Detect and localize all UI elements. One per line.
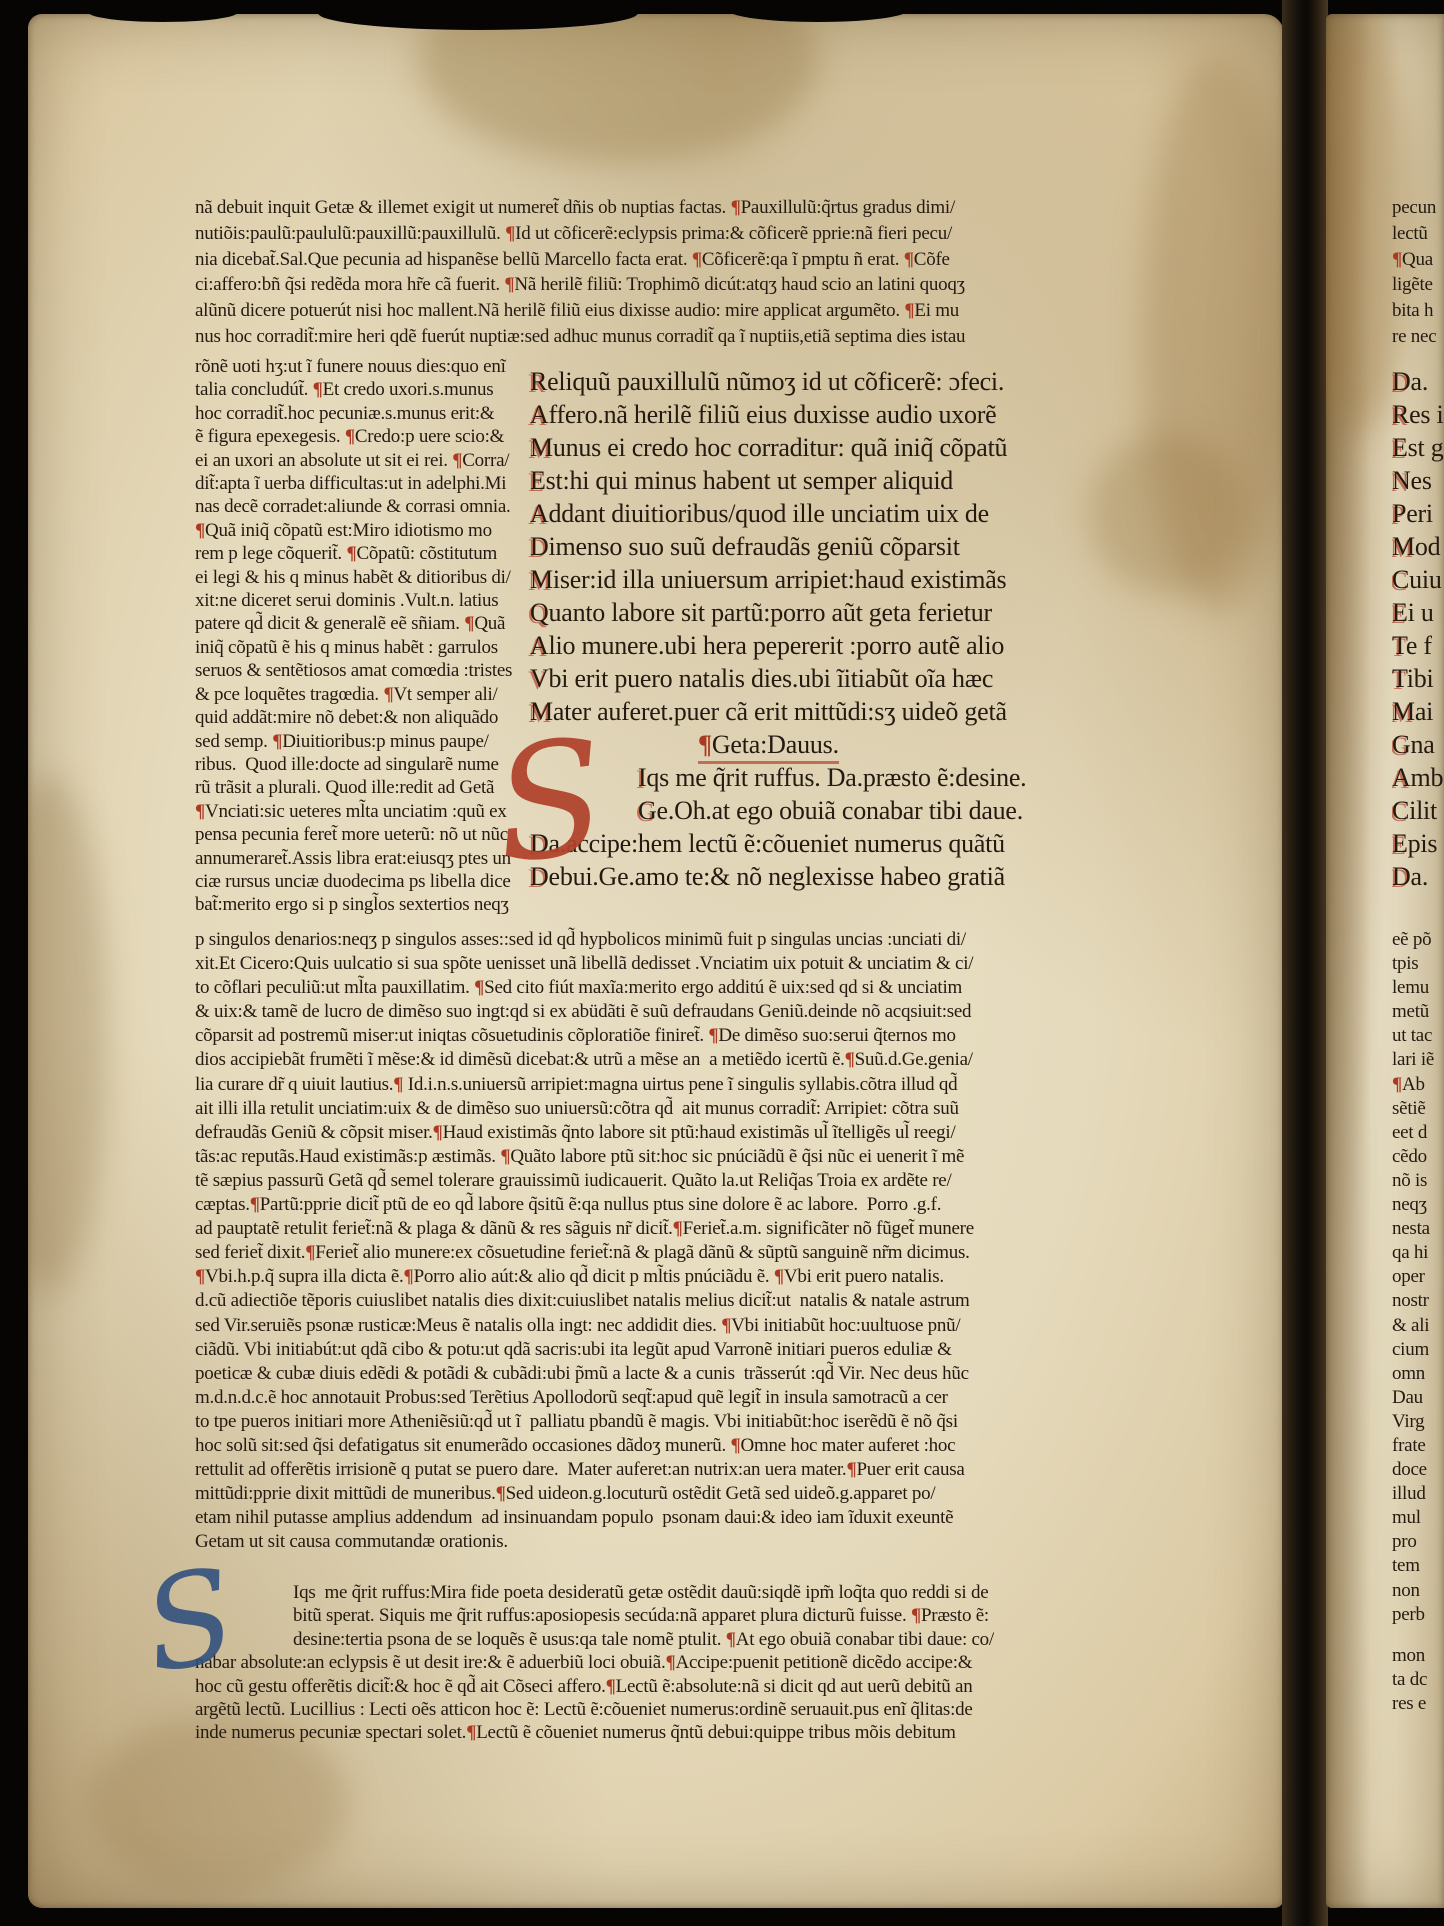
right-fragment-commentary: eẽ põtpislemumetũut taclari iẽ¶Absẽtiẽee… <box>1392 928 1444 1627</box>
text-line: lectũ <box>1392 221 1444 247</box>
right-fragment-verse: Da.Res iEst gNesPeriModCuiuEi uTe fTibiM… <box>1392 365 1444 893</box>
pilcrow-mark: ¶ <box>464 613 474 634</box>
text-line: pensa pecunia feret̃ more ueterũ: nõ ut … <box>195 823 535 846</box>
text-line: Mater auferet.puer cã erit mittũdi:sʒ ui… <box>530 695 1220 728</box>
text-line: nõ is <box>1392 1169 1444 1193</box>
text-line: sed semp. ¶Diuitioribus:p minus paupe/ <box>195 730 535 753</box>
text-line: to cõflari peculiũ:ut ml̃ta pauxillatim.… <box>195 976 1215 1000</box>
text-line: & pce loquẽtes tragœdia. ¶Vt semper ali/ <box>195 683 535 706</box>
text-line: & uix:& tamẽ de lucro de dimẽso suo ingt… <box>195 1000 1215 1024</box>
text-line: Addant diuitioribus/quod ille unciatim u… <box>530 497 1220 530</box>
verse-group-2-full: Da.accipe:hem lectũ ẽ:cõueniet numerus q… <box>530 827 1220 893</box>
text-line: pecun <box>1392 195 1444 221</box>
torn-edge <box>88 14 238 22</box>
pilcrow-mark: ¶ <box>673 1218 683 1239</box>
text-line: tãs:ac reputãs.Haud existimãs:p æstimãs.… <box>195 1145 1215 1169</box>
text-line: Reliquũ pauxillulũ nũmoʒ id ut cõficerẽ:… <box>530 365 1220 398</box>
text-line: talia concludút̃. ¶Et credo uxori.s.munu… <box>195 378 535 401</box>
pilcrow-mark: ¶ <box>845 1049 855 1070</box>
pilcrow-mark: ¶ <box>346 543 356 564</box>
text-line: Amb <box>1392 761 1444 794</box>
text-line: doce <box>1392 1458 1444 1482</box>
text-line: quid addãt:mire nõ debet:& non aliquãdo <box>195 706 535 729</box>
pilcrow-mark: ¶ <box>606 1676 616 1697</box>
pilcrow-mark: ¶ <box>305 1242 315 1263</box>
text-line: Peri <box>1392 497 1444 530</box>
text-line: rettulit ad offerẽtis irrisionẽ q putat … <box>195 1458 1215 1482</box>
text-line: res e <box>1392 1692 1444 1716</box>
text-line: lemu <box>1392 976 1444 1000</box>
text-line: Cuiu <box>1392 563 1444 596</box>
text-line: eet d <box>1392 1121 1444 1145</box>
text-line: perb <box>1392 1603 1444 1627</box>
scene-heading: ¶Geta:Dauus. <box>698 728 839 764</box>
text-line: ad pauptatẽ retulit feriet̃:nã & plaga &… <box>195 1217 1215 1241</box>
text-line: d.cũ adiectiõe tẽporis cuiuslibet natali… <box>195 1289 1215 1313</box>
top-paragraph: nã debuit inquit Getæ & illemet exigit u… <box>195 195 1205 350</box>
text-line: nabar absolute:an eclypsis ẽ ut desit ir… <box>195 1651 1215 1674</box>
text-line: bitũ sperat. Siquis me q̃rit ruffus:apos… <box>293 1604 1215 1627</box>
text-line: tẽ sæpius passurũ Getã qd̃ semel tolerar… <box>195 1169 1215 1193</box>
right-fragment-top: pecunlectũ¶Qualigẽtebita hre nec <box>1392 195 1444 350</box>
text-line: metũ <box>1392 1000 1444 1024</box>
pilcrow-mark: ¶ <box>721 1315 731 1336</box>
text-line: Ge.Oh.at ego obuiã conabar tibi daue. <box>638 794 1220 827</box>
text-line: mul <box>1392 1506 1444 1530</box>
text-line: ¶Qua <box>1392 247 1444 273</box>
text-line: cium <box>1392 1338 1444 1362</box>
pilcrow-mark: ¶ <box>911 1605 921 1626</box>
text-line: Mod <box>1392 530 1444 563</box>
text-line: m.d.n.d.c.ẽ hoc annotauit Probus:sed Ter… <box>195 1386 1215 1410</box>
text-line: ci:affero:bñ q̃si redẽda mora hr̃e cã fu… <box>195 272 1205 298</box>
text-line: lari iẽ <box>1392 1048 1444 1072</box>
text-line: hoc corradit̃.hoc pecuniæ.s.munus erit:& <box>195 402 535 425</box>
text-line: rũ trãsit a plurali. Quod ille:redit ad … <box>195 776 535 799</box>
pilcrow-mark: ¶ <box>731 1435 741 1456</box>
full-width-commentary: p singulos denarios:neqʒ p singulos asse… <box>195 928 1215 1554</box>
text-line: argẽtũ lectũ. Lucillius : Lecti oẽs atti… <box>195 1698 1215 1721</box>
text-line: hoc cũ gestu offerẽtis dicit̃:& hoc ẽ qd… <box>195 1675 1215 1698</box>
text-line: frate <box>1392 1434 1444 1458</box>
text-line: inde numerus pecuniæ spectari solet.¶Lec… <box>195 1721 1215 1744</box>
pilcrow-mark: ¶ <box>731 197 741 218</box>
bottom-commentary: Iqs me q̃rit ruffus:Mira fide poeta desi… <box>195 1581 1215 1745</box>
text-line: non <box>1392 1579 1444 1603</box>
text-line: ait illi illa retulit unciatim:uix & de … <box>195 1097 1215 1121</box>
text-line: annumeraret̃.Assis libra erat:eiusqʒ pte… <box>195 847 535 870</box>
text-line: xit.Et Cicero:Quis uulcatio si sua spõte… <box>195 952 1215 976</box>
bottom-indented-lines: Iqs me q̃rit ruffus:Mira fide poeta desi… <box>195 1581 1215 1651</box>
pilcrow-mark: ¶ <box>904 300 914 321</box>
text-line: mittũdi:pprie dixit mittũdi de muneribus… <box>195 1482 1215 1506</box>
text-line: alũnũ dicere potuerút nisi hoc mallent.N… <box>195 298 1205 324</box>
text-line: re nec <box>1392 324 1444 350</box>
text-line: ta dc <box>1392 1668 1444 1692</box>
bottom-full-lines: nabar absolute:an eclypsis ẽ ut desit ir… <box>195 1651 1215 1745</box>
text-line: ¶Vbi.h.p.q̃ supra illa dicta ẽ.¶Porro al… <box>195 1265 1215 1289</box>
text-line: cæptas.¶Partũ:pprie dicit̃ ptũ de eo qd̃… <box>195 1193 1215 1217</box>
text-line: Dimenso suo suũ defraudãs geniũ cõparsit <box>530 530 1220 563</box>
commentary-left-column: rõnẽ uoti hʒ:ut ĩ funere nouus dies:quo … <box>195 355 535 917</box>
text-line: Da.accipe:hem lectũ ẽ:cõueniet numerus q… <box>530 827 1220 860</box>
text-line: sẽtiẽ <box>1392 1097 1444 1121</box>
text-line: Mai <box>1392 695 1444 728</box>
text-line: ribus. Quod ille:docte ad singularẽ nume <box>195 753 535 776</box>
text-line: pro <box>1392 1530 1444 1554</box>
text-line: Vbi erit puero natalis dies.ubi ĩitiabũt… <box>530 662 1220 695</box>
text-line: Iqs me q̃rit ruffus:Mira fide poeta desi… <box>293 1581 1215 1604</box>
pilcrow-mark: ¶ <box>452 450 462 471</box>
pilcrow-mark: ¶ <box>1392 249 1402 270</box>
text-line: seruos & sentẽtiosos amat comœdia :trist… <box>195 659 535 682</box>
text-line: patere qd̃ dicit & generalẽ eẽ sñiam. ¶Q… <box>195 612 535 635</box>
text-line: ciæ rursus unciæ duodecima ps libella di… <box>195 870 535 893</box>
pilcrow-mark: ¶ <box>846 1459 856 1480</box>
text-line: nostr <box>1392 1289 1444 1313</box>
pilcrow-mark: ¶ <box>313 379 323 400</box>
pilcrow-mark: ¶ <box>433 1122 443 1143</box>
pilcrow-mark: ¶ <box>466 1722 476 1743</box>
pilcrow-mark: ¶ <box>345 426 355 447</box>
pilcrow-mark: ¶ <box>250 1194 260 1215</box>
text-line: Alio munere.ubi hera pepererit :porro au… <box>530 629 1220 662</box>
text-line: tem <box>1392 1554 1444 1578</box>
text-line: Da. <box>1392 365 1444 398</box>
pilcrow-mark: ¶ <box>504 274 514 295</box>
pilcrow-mark: ¶ <box>1392 1074 1402 1095</box>
text-line: hoc solũ sit:sed q̃si defatigatus sit en… <box>195 1434 1215 1458</box>
binding-gutter <box>1282 0 1328 1926</box>
text-line: nutiõis:paulũ:paululũ:pauxillũ:pauxillul… <box>195 221 1205 247</box>
text-line: Gna <box>1392 728 1444 761</box>
verse-group-1: Reliquũ pauxillulũ nũmoʒ id ut cõficerẽ:… <box>530 365 1220 728</box>
pilcrow-mark: ¶ <box>666 1652 676 1673</box>
text-line: cẽdo <box>1392 1145 1444 1169</box>
text-line: ¶Vnciati:sic ueteres ml̃ta unciatim :quũ… <box>195 800 535 823</box>
left-page: nã debuit inquit Getæ & illemet exigit u… <box>28 14 1284 1908</box>
text-line: dit̃:apta ĩ uerba difficultas:ut in adel… <box>195 472 535 495</box>
right-fragment-tail: monta dcres e <box>1392 1644 1444 1716</box>
water-stain <box>28 774 108 1294</box>
text-line: ciãdũ. Vbi initiabút:ut qdã cibo & potu:… <box>195 1338 1215 1362</box>
text-line: Te f <box>1392 629 1444 662</box>
verse-group-2-indented: Iqs me q̃rit ruffus. Da.præsto ẽ:desine.… <box>530 761 1220 827</box>
text-line: defraudãs Geniũ & cõpsit miser.¶Haud exi… <box>195 1121 1215 1145</box>
text-line: Epis <box>1392 827 1444 860</box>
right-page: pecunlectũ¶Qualigẽtebita hre nec Da.Res … <box>1326 14 1444 1908</box>
text-line: qa hi <box>1392 1241 1444 1265</box>
text-line: ei an uxori an absolute ut sit ei rei. ¶… <box>195 449 535 472</box>
text-line: ut tac <box>1392 1024 1444 1048</box>
text-line: Affero.nã herilẽ filiũ eius duxisse audi… <box>530 398 1220 431</box>
text-line: bita h <box>1392 298 1444 324</box>
torn-edge <box>728 14 908 22</box>
text-line: eẽ põ <box>1392 928 1444 952</box>
text-line: Debui.Ge.amo te:& nõ neglexisse habeo gr… <box>530 860 1220 893</box>
text-line: Est g <box>1392 431 1444 464</box>
text-line: ¶Ab <box>1392 1073 1444 1097</box>
text-line: bat̃:merito ergo si p singl̃os sextertio… <box>195 893 535 916</box>
text-line: lia curare dr̃ q uiuit lautius.¶ Id.i.n.… <box>195 1073 1215 1097</box>
incunable-book-scan: { "colors":{"ink":"#241a10","rubric_red"… <box>0 0 1444 1926</box>
scene-heading-wrap: ¶Geta:Dauus. <box>530 728 1220 761</box>
pilcrow-mark: ¶ <box>692 249 702 270</box>
text-line: nesta <box>1392 1217 1444 1241</box>
pilcrow-mark: ¶ <box>393 1074 403 1095</box>
pilcrow-mark: ¶ <box>404 1266 414 1287</box>
water-stain <box>418 14 818 164</box>
text-line: Munus ei credo hoc corraditur: quã iniq̃… <box>530 431 1220 464</box>
text-line: nus hoc corradit̃:mire heri qdẽ fuerút n… <box>195 324 1205 350</box>
text-line: sed Vir.seruiẽs psonæ rusticæ:Meus ẽ nat… <box>195 1314 1215 1338</box>
pilcrow-mark: ¶ <box>272 731 282 752</box>
pilcrow-mark: ¶ <box>505 223 515 244</box>
text-line: Virg <box>1392 1410 1444 1434</box>
text-line: Miser:id illa uniuersum arripiet:haud ex… <box>530 563 1220 596</box>
pilcrow-mark: ¶ <box>698 730 712 759</box>
text-line: & ali <box>1392 1314 1444 1338</box>
text-line: p singulos denarios:neqʒ p singulos asse… <box>195 928 1215 952</box>
text-line: mon <box>1392 1644 1444 1668</box>
pilcrow-mark: ¶ <box>726 1629 736 1650</box>
text-line: ¶Quã iniq̃ cõpatũ est:Miro idiotismo mo <box>195 519 535 542</box>
pilcrow-mark: ¶ <box>496 1483 506 1504</box>
text-line: Est:hi qui minus habent ut semper aliqui… <box>530 464 1220 497</box>
text-line: Iqs me q̃rit ruffus. Da.præsto ẽ:desine. <box>638 761 1220 794</box>
text-line: poeticæ & cubæ diuis edẽdi & potãdi & cu… <box>195 1362 1215 1386</box>
text-line: nas decẽ corradet:aliunde & corrasi omni… <box>195 495 535 518</box>
pilcrow-mark: ¶ <box>500 1146 510 1167</box>
text-line: Dau <box>1392 1386 1444 1410</box>
text-line: Res i <box>1392 398 1444 431</box>
text-line: illud <box>1392 1482 1444 1506</box>
pilcrow-mark: ¶ <box>383 684 393 705</box>
terence-verse-column: Reliquũ pauxillulũ nũmoʒ id ut cõficerẽ:… <box>530 365 1220 893</box>
text-line: nã debuit inquit Getæ & illemet exigit u… <box>195 195 1205 221</box>
text-line: xit:ne diceret serui dominis .Vult.n. la… <box>195 589 535 612</box>
text-line: Cilit <box>1392 794 1444 827</box>
text-line: tpis <box>1392 952 1444 976</box>
text-line: rõnẽ uoti hʒ:ut ĩ funere nouus dies:quo … <box>195 355 535 378</box>
pilcrow-mark: ¶ <box>195 1266 205 1287</box>
pilcrow-mark: ¶ <box>904 249 914 270</box>
text-line: omn <box>1392 1362 1444 1386</box>
text-line: dios accipiebãt frumẽti ĩ mẽse:& id dimẽ… <box>195 1048 1215 1072</box>
pilcrow-mark: ¶ <box>195 801 205 822</box>
text-line: ei legi & his q minus habẽt & ditioribus… <box>195 566 535 589</box>
pilcrow-mark: ¶ <box>774 1266 784 1287</box>
text-line: rem p lege cõquerit̃. ¶Cõpatũ: cõstitutu… <box>195 542 535 565</box>
text-line: ẽ figura epexegesis. ¶Credo:p uere scio:… <box>195 425 535 448</box>
pilcrow-mark: ¶ <box>474 977 484 998</box>
text-line: Da. <box>1392 860 1444 893</box>
text-line: iniq̃ cõpatũ ẽ his q minus habẽt : garru… <box>195 636 535 659</box>
pilcrow-mark: ¶ <box>708 1025 718 1046</box>
text-line: Quanto labore sit partũ:porro aũt geta f… <box>530 596 1220 629</box>
text-line: desine:tertia psona de se loquẽs ẽ usus:… <box>293 1628 1215 1651</box>
text-line: Ei u <box>1392 596 1444 629</box>
text-line: Nes <box>1392 464 1444 497</box>
text-line: etam nihil putasse amplius addendum ad i… <box>195 1506 1215 1530</box>
text-line: Tibi <box>1392 662 1444 695</box>
text-line: nia dicebat̃.Sal.Que pecunia ad hispanẽs… <box>195 247 1205 273</box>
text-line: to tpe pueros initiari more Atheniẽsiũ:q… <box>195 1410 1215 1434</box>
text-line: sed feriet̃ dixit.¶Feriet̃ alio munere:e… <box>195 1241 1215 1265</box>
torn-edge <box>318 14 638 30</box>
text-line: neqʒ <box>1392 1193 1444 1217</box>
text-line: Getam ut sit causa commutandæ orationis. <box>195 1530 1215 1554</box>
text-line: oper <box>1392 1265 1444 1289</box>
pilcrow-mark: ¶ <box>195 520 205 541</box>
text-line: ligẽte <box>1392 272 1444 298</box>
text-line: cõparsit ad postremũ miser:ut iniqtas cõ… <box>195 1024 1215 1048</box>
